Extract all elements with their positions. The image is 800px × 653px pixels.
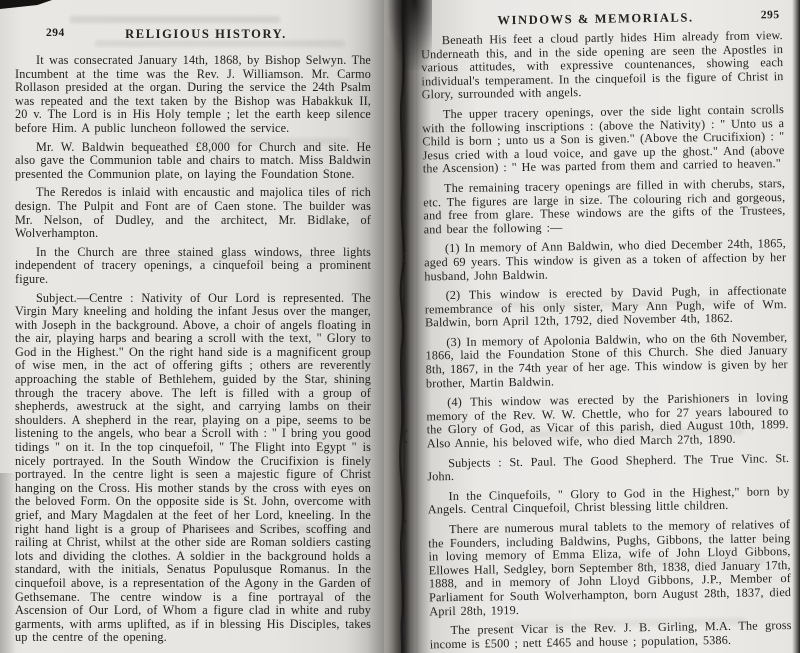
right-page-number: 295 (761, 9, 780, 21)
paragraph: Subject.—Centre : Nativity of Our Lord i… (15, 292, 371, 645)
paragraph: It was consecrated January 14th, 1868, b… (15, 54, 371, 136)
right-page: WINDOWS & MEMORIALS. 295 Beneath His fee… (416, 0, 800, 653)
left-page-content: 294 RELIGIOUS HISTORY. It was consecrate… (0, 0, 384, 653)
bleedthrough-artifact (70, 16, 280, 23)
paragraph: There are numerous mural tablets to the … (428, 518, 791, 619)
left-page: 294 RELIGIOUS HISTORY. It was consecrate… (0, 0, 384, 653)
paragraph: The remaining tracery openings are fille… (423, 177, 786, 237)
paragraph: (3) In memory of Apolonia Baldwin, who o… (425, 331, 788, 391)
paragraph: (2) This window is erected by David Pugh… (425, 284, 788, 330)
paragraph: Mr. W. Baldwin bequeathed £8,000 for Chu… (15, 141, 371, 182)
paragraph: In the Cinquefoils, " Glory to God in th… (428, 485, 790, 518)
right-page-body: Beneath His feet a cloud partly hides Hi… (421, 29, 792, 653)
paragraph: The present Vicar is the Rev. J. B. Girl… (430, 619, 792, 652)
paragraph: Beneath His feet a cloud partly hides Hi… (421, 29, 784, 102)
scanned-book-spread: 294 RELIGIOUS HISTORY. It was consecrate… (0, 0, 800, 653)
paragraph: (4) This window was erected by the Paris… (426, 391, 789, 451)
right-page-title: WINDOWS & MEMORIALS. (403, 9, 787, 30)
paragraph: The upper tracery openings, over the sid… (422, 103, 785, 176)
right-page-content: WINDOWS & MEMORIALS. 295 Beneath His fee… (407, 0, 800, 653)
left-page-title: RELIGIOUS HISTORY. (14, 27, 398, 42)
paragraph: Subjects : St. Paul. The Good Shepherd. … (427, 452, 789, 485)
scan-edge-bottom-left (0, 473, 16, 653)
paragraph: (1) In memory of Ann Baldwin, who died D… (424, 237, 787, 283)
left-page-body: It was consecrated January 14th, 1868, b… (15, 54, 371, 645)
paragraph: In the Church are three stained glass wi… (15, 246, 371, 287)
paragraph: The Reredos is inlaid with encaustic and… (15, 186, 371, 240)
right-running-head: WINDOWS & MEMORIALS. 295 (407, 9, 791, 15)
scan-edge-right (792, 0, 800, 653)
